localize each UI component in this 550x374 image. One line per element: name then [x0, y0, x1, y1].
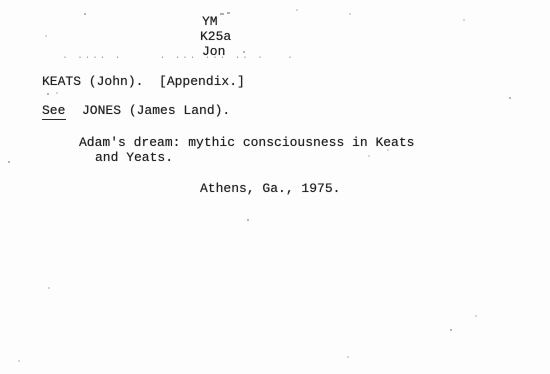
scan-speck — [8, 161, 10, 163]
scan-speck — [368, 155, 370, 157]
see-reference-line: See JONES (James Land). — [42, 103, 230, 118]
see-reference-target: JONES (James Land). — [66, 103, 230, 118]
scan-speck — [56, 92, 58, 94]
catalog-card: YM K25a Jon · ···· · · ··· ··· ·· · · KE… — [0, 0, 550, 374]
scan-speck — [45, 35, 47, 37]
imprint: Athens, Ga., 1975. — [200, 181, 340, 196]
scan-speck — [509, 97, 511, 99]
scan-speck — [296, 9, 298, 11]
title-line-1: Adam's dream: mythic consciousness in Ke… — [79, 135, 414, 150]
erased-line-artifact: · ···· · · ··· ··· ·· · · — [62, 54, 295, 64]
scan-speck — [450, 329, 452, 331]
heading-author: KEATS (John). [Appendix.] — [42, 74, 245, 89]
see-label: See — [42, 103, 66, 120]
scan-speck — [247, 219, 249, 221]
call-number-line-1: YM — [202, 14, 218, 29]
scan-speck — [347, 356, 349, 358]
scan-speck — [349, 13, 351, 15]
scan-speck — [387, 149, 389, 151]
scan-speck — [227, 12, 230, 14]
scan-speck — [243, 51, 245, 53]
scan-speck — [47, 93, 49, 95]
title-line-2: and Yeats. — [95, 150, 173, 165]
scan-speck — [463, 19, 465, 21]
scan-speck — [48, 287, 50, 289]
call-number-line-2: K25a — [200, 29, 231, 44]
scan-speck — [84, 13, 86, 15]
scan-speck — [220, 13, 224, 15]
scan-speck — [18, 360, 20, 362]
scan-speck — [475, 315, 477, 317]
